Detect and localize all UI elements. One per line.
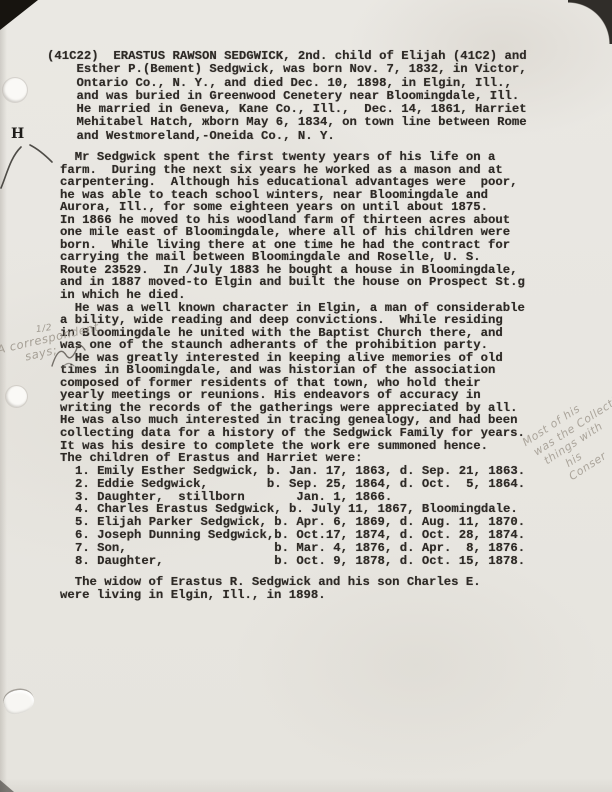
biography-paragraphs: Mr Sedgwick spent the first twenty years… (60, 151, 525, 465)
closing-paragraph: The widow of Erastus R. Sedgwick and his… (60, 576, 481, 602)
pen-swash-mark (0, 134, 60, 190)
page-corner-shadow-bottomleft (0, 780, 14, 792)
punch-hole-bottom-torn (1, 686, 36, 716)
right-margin-note: Most of his was the Collection things wi… (520, 375, 612, 495)
page-corner-cut-topleft (0, 0, 38, 30)
punch-hole-top (3, 78, 27, 102)
scanned-genealogy-page: (41C22) ERASTUS RAWSON SEDGWICK, 2nd. ch… (0, 0, 612, 792)
children-list: 1. Emily Esther Sedgwick, b. Jan. 17, 18… (75, 465, 525, 567)
punch-hole-middle (6, 386, 27, 407)
page-corner-rounded-topright (568, 0, 612, 44)
entry-paragraph: (41C22) ERASTUS RAWSON SEDGWICK, 2nd. ch… (47, 50, 527, 143)
pen-scribble (50, 340, 88, 372)
